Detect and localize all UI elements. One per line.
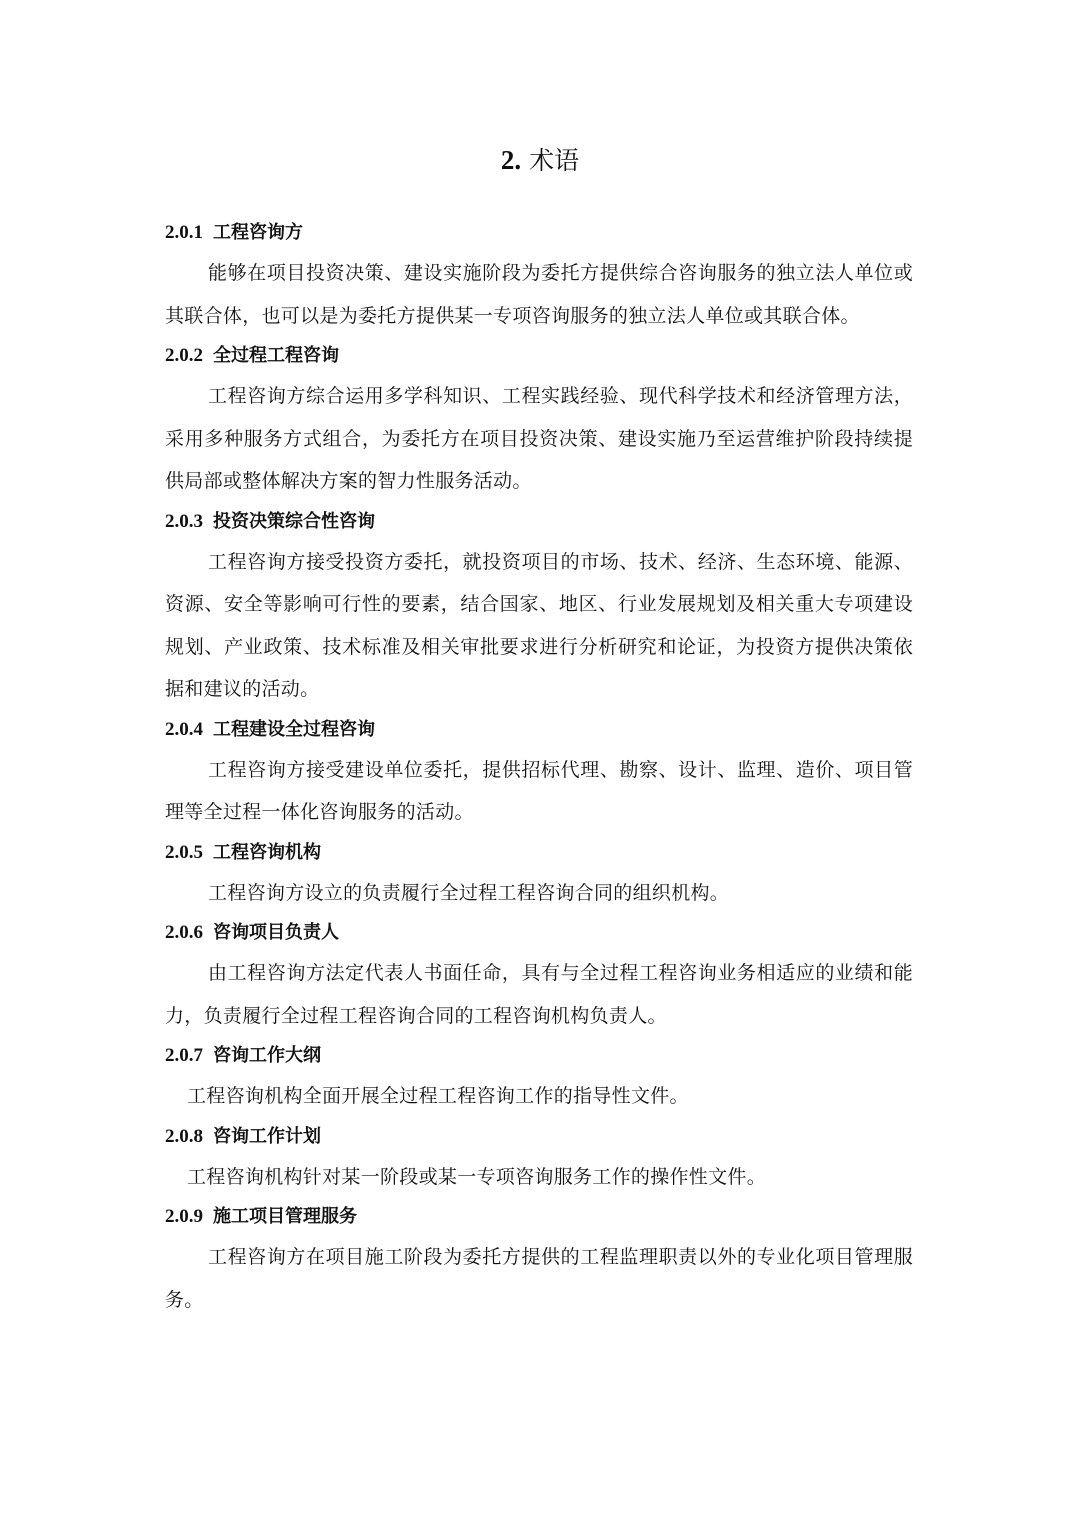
term-definition: 由工程咨询方法定代表人书面任命，具有与全过程工程咨询业务相适应的业绩和能力，负责… <box>165 952 913 1037</box>
term-name: 投资决策综合性咨询 <box>213 511 375 532</box>
term-definition: 能够在项目投资决策、建设实施阶段为委托方提供综合咨询服务的独立法人单位或其联合体… <box>165 252 913 337</box>
term-number: 2.0.7 <box>165 1045 203 1066</box>
term-section-2-0-5: 2.0.5工程咨询机构 工程咨询方设立的负责履行全过程工程咨询合同的组织机构。 <box>165 834 913 915</box>
term-heading: 2.0.5工程咨询机构 <box>165 834 913 872</box>
term-heading: 2.0.1工程咨询方 <box>165 214 913 252</box>
term-name: 工程咨询机构 <box>213 842 321 863</box>
term-definition: 工程咨询方接受投资方委托，就投资项目的市场、技术、经济、生态环境、能源、资源、安… <box>165 541 913 711</box>
term-section-2-0-4: 2.0.4工程建设全过程咨询 工程咨询方接受建设单位委托，提供招标代理、勘察、设… <box>165 711 913 834</box>
term-name: 咨询工作大纲 <box>213 1045 321 1066</box>
term-section-2-0-9: 2.0.9施工项目管理服务 工程咨询方在项目施工阶段为委托方提供的工程监理职责以… <box>165 1198 913 1321</box>
chapter-title-text: 术语 <box>529 146 579 175</box>
term-number: 2.0.3 <box>165 511 203 532</box>
term-section-2-0-2: 2.0.2全过程工程咨询 工程咨询方综合运用多学科知识、工程实践经验、现代科学技… <box>165 337 913 503</box>
term-number: 2.0.8 <box>165 1126 203 1147</box>
term-heading: 2.0.8咨询工作计划 <box>165 1118 913 1156</box>
chapter-number: 2. <box>501 145 521 175</box>
term-number: 2.0.6 <box>165 922 203 943</box>
term-name: 工程建设全过程咨询 <box>213 719 375 740</box>
term-number: 2.0.5 <box>165 842 203 863</box>
term-heading: 2.0.7咨询工作大纲 <box>165 1037 913 1075</box>
term-heading: 2.0.9施工项目管理服务 <box>165 1198 913 1236</box>
term-definition: 工程咨询方在项目施工阶段为委托方提供的工程监理职责以外的专业化项目管理服务。 <box>165 1236 913 1321</box>
term-name: 咨询项目负责人 <box>213 922 339 943</box>
term-definition: 工程咨询机构全面开展全过程工程咨询工作的指导性文件。 <box>165 1075 913 1118</box>
term-heading: 2.0.4工程建设全过程咨询 <box>165 711 913 749</box>
term-number: 2.0.4 <box>165 719 203 740</box>
term-name: 施工项目管理服务 <box>213 1206 357 1227</box>
term-number: 2.0.1 <box>165 222 203 243</box>
term-section-2-0-7: 2.0.7咨询工作大纲 工程咨询机构全面开展全过程工程咨询工作的指导性文件。 <box>165 1037 913 1118</box>
term-definition: 工程咨询方接受建设单位委托，提供招标代理、勘察、设计、监理、造价、项目管理等全过… <box>165 749 913 834</box>
term-name: 工程咨询方 <box>213 222 303 243</box>
term-definition: 工程咨询方设立的负责履行全过程工程咨询合同的组织机构。 <box>165 872 913 915</box>
term-heading: 2.0.6咨询项目负责人 <box>165 914 913 952</box>
term-number: 2.0.9 <box>165 1206 203 1227</box>
document-page: 2. 术语 2.0.1工程咨询方 能够在项目投资决策、建设实施阶段为委托方提供综… <box>0 0 1080 1527</box>
term-definition: 工程咨询机构针对某一阶段或某一专项咨询服务工作的操作性文件。 <box>165 1156 913 1199</box>
term-section-2-0-6: 2.0.6咨询项目负责人 由工程咨询方法定代表人书面任命，具有与全过程工程咨询业… <box>165 914 913 1037</box>
chapter-title: 2. 术语 <box>0 140 1080 181</box>
term-name: 咨询工作计划 <box>213 1126 321 1147</box>
term-section-2-0-8: 2.0.8咨询工作计划 工程咨询机构针对某一阶段或某一专项咨询服务工作的操作性文… <box>165 1118 913 1199</box>
term-name: 全过程工程咨询 <box>213 345 339 366</box>
term-section-2-0-3: 2.0.3投资决策综合性咨询 工程咨询方接受投资方委托，就投资项目的市场、技术、… <box>165 503 913 711</box>
term-heading: 2.0.2全过程工程咨询 <box>165 337 913 375</box>
term-heading: 2.0.3投资决策综合性咨询 <box>165 503 913 541</box>
term-number: 2.0.2 <box>165 345 203 366</box>
term-definition: 工程咨询方综合运用多学科知识、工程实践经验、现代科学技术和经济管理方法，采用多种… <box>165 375 913 503</box>
term-section-2-0-1: 2.0.1工程咨询方 能够在项目投资决策、建设实施阶段为委托方提供综合咨询服务的… <box>165 214 913 337</box>
terms-list: 2.0.1工程咨询方 能够在项目投资决策、建设实施阶段为委托方提供综合咨询服务的… <box>165 214 913 1321</box>
